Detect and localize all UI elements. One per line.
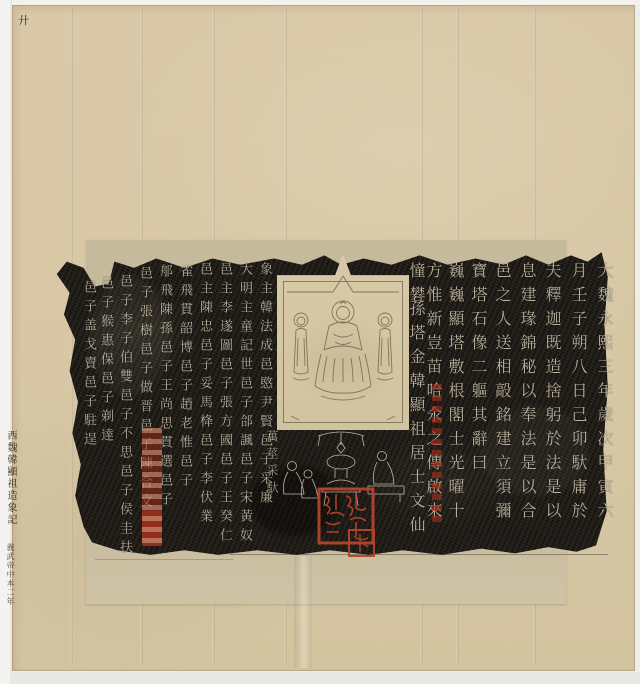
inscription-column: 大明主童記世邑子郃諷邑子宋黃奴 [236,262,255,547]
inscription-column: 大魏永熙三年歲次甲寅六 [592,262,615,526]
side-label-title: 西魏韓顯祖造象記 [5,430,16,526]
inscription-column: 邑之人送相毃銘建立須彌 [490,262,513,526]
central-buddha [315,301,371,400]
left-attendant [293,313,309,380]
vermillion-inscription [432,384,442,522]
scratch-line [230,554,608,555]
kneeling-donors [284,462,319,499]
inscription-column: 雀飛貫韶博邑子趙老惟邑子 [176,264,195,492]
inscription-column: 月壬子朔八日己卯馱庸於 [566,262,589,526]
paper-streak [294,556,312,668]
rubbing-photograph: 廾 西魏韓顯祖造象記 義武帝中本二年 大魏永熙三年歲次甲寅六 月壬子朔八日己卯馱… [0,0,640,684]
side-label-note: 義武帝中本二年 [6,543,15,606]
inscription-column: 巍巍顯塔敷根閣士光曜十 [443,262,466,526]
right-attendant [377,313,393,380]
side-label: 西魏韓顯祖造象記 義武帝中本二年 [3,430,17,606]
canopy [318,432,364,446]
inscription-column: 邑子盖戈賣邑子駐逞 [80,280,99,451]
buddha-niche [277,254,409,430]
inscription-column: 邑子李子伯雙邑子不思邑子侯圭扶 [116,274,135,559]
collector-seal-left [142,428,162,546]
inscription-column: 邑主陳忠邑子妥馬栙邑子李伏業 [196,262,215,528]
inscription-column: 夫釋迦既造捨躬於法是以 [540,262,563,526]
scratch-line [95,559,233,560]
inscription-column: 息建瑑錦秘以奉法是以合 [515,262,538,526]
buddha-triad-engraving [277,254,409,430]
inscription-column: 邑子猴惠保邑子剃達 [97,276,116,447]
collector-seal-large [316,486,380,560]
base-marks [291,416,395,420]
corner-mark: 廾 [18,12,29,28]
paper-crease [70,8,73,664]
arch-line [287,276,399,292]
inscription-column: 寶塔石像二軀其辭曰 [466,262,489,478]
inscription-column: 邑主李遂圖邑子張方國邑子王癸仁 [216,262,235,547]
